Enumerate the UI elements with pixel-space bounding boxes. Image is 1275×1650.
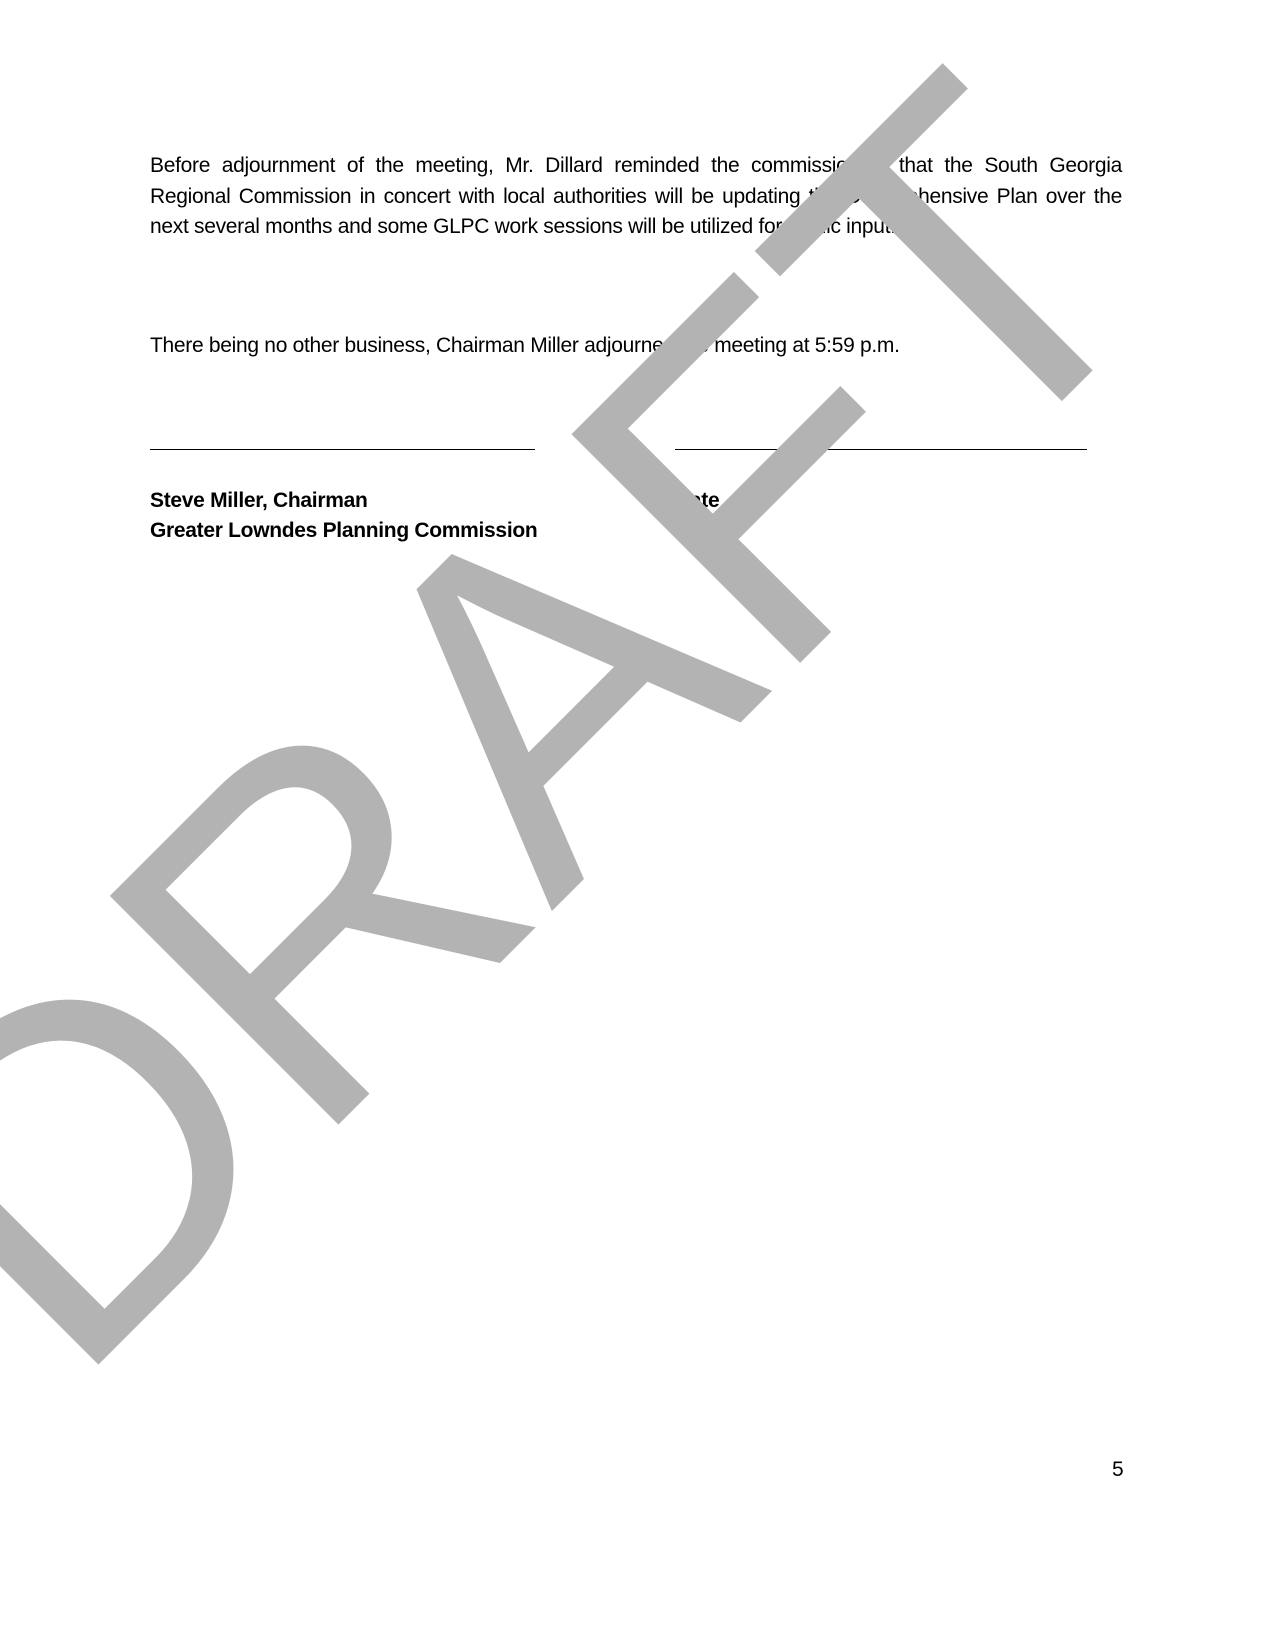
adjournment-paragraph: There being no other business, Chairman … [150,331,1122,362]
draft-watermark: DRAFT [0,0,1275,1650]
date-label: Date [675,486,719,516]
signature-line [150,449,535,450]
signer-organization: Greater Lowndes Planning Commission [150,516,537,546]
signer-name: Steve Miller, Chairman [150,486,368,516]
date-line [675,449,1087,450]
page-number: 5 [1112,1458,1124,1482]
adjournment-reminder-paragraph: Before adjournment of the meeting, Mr. D… [150,151,1122,243]
